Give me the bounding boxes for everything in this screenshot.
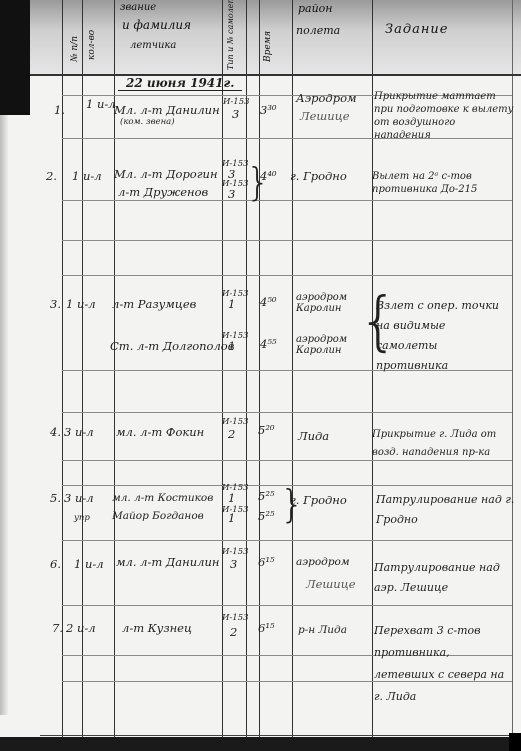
row-rule <box>62 605 512 606</box>
aircraft-type: И-153 <box>222 418 249 427</box>
col-rule <box>246 0 247 737</box>
area-line: Лида <box>298 430 329 443</box>
aircraft-type: И-153 <box>223 98 250 107</box>
pilot-name: мл. л-т Фокин <box>116 426 204 439</box>
aircraft-number: 1 <box>228 340 235 353</box>
header-task: Задание <box>385 22 448 37</box>
scan-corner <box>509 733 521 751</box>
document-page: № п/п кол-во звание и фамилия летчика Ти… <box>0 0 521 751</box>
page-edge <box>0 115 8 715</box>
header-time: Время <box>263 31 273 62</box>
row-rule <box>62 240 512 241</box>
header-aircraft: Тип и № самолета <box>226 0 235 70</box>
pilot-name: л-т Разумцев <box>112 298 196 311</box>
aircraft-number: 1 <box>228 298 235 311</box>
aircraft-number: 2 <box>230 626 237 639</box>
row-rule <box>62 540 512 541</box>
row-number: 5. <box>50 492 61 505</box>
row-group: 1 и-л <box>86 98 116 111</box>
row-rule <box>62 275 512 276</box>
row-group: 2 и-л <box>66 622 96 635</box>
row-group-note: упр <box>74 514 90 523</box>
takeoff-time: 5²⁰ <box>258 424 275 437</box>
aircraft-number: 2 <box>228 428 235 441</box>
pilot-name: Ст. л-т Долгополов <box>110 340 234 353</box>
takeoff-time: 5²⁵ <box>258 490 275 503</box>
header-group: кол-во <box>87 30 97 60</box>
area-line: Аэродром <box>296 92 357 105</box>
aircraft-number: 3 <box>230 558 237 571</box>
date-heading: 22 июня 1941г. <box>118 76 242 91</box>
header-pilot-2: и фамилия <box>122 18 191 32</box>
header-band <box>30 0 521 75</box>
header-rule <box>30 74 521 76</box>
header-area-1: район <box>298 2 333 15</box>
row-group: 1 и-л <box>66 298 96 311</box>
row-number: 4. <box>50 426 61 439</box>
aircraft-number: 1 <box>228 492 235 505</box>
pilot-note: (ком. звена) <box>120 118 175 127</box>
scan-bottom-edge <box>0 737 521 751</box>
pilot-name: Майор Богданов <box>112 510 204 523</box>
col-rule <box>292 0 293 737</box>
task-text: Патрулирование над г. Гродно <box>376 490 516 530</box>
pilot-name: Мл. л-т Дорогин <box>114 168 218 181</box>
header-number: № п/п <box>70 36 80 62</box>
pilot-name: мл. л-т Костиков <box>112 492 213 505</box>
row-rule <box>62 200 512 201</box>
takeoff-time: 5²⁵ <box>258 510 275 523</box>
task-text: Перехват 3 с-тов противника, летевших с … <box>374 620 506 708</box>
area-line: г. Гродно <box>290 170 347 183</box>
pilot-name: л-т Кузнец <box>122 622 192 635</box>
header-pilot-1: звание <box>120 2 156 13</box>
area-line: аэродром <box>296 556 350 569</box>
takeoff-time: 3³⁰ <box>260 104 277 117</box>
area-line: р-н Лида <box>298 624 347 637</box>
row-rule <box>40 735 510 736</box>
header-area-2: полета <box>296 24 340 37</box>
row-group: 3 и-л <box>64 426 94 439</box>
takeoff-time: 4⁴⁰ <box>260 170 277 183</box>
pilot-name: л-т Друженов <box>118 186 208 199</box>
aircraft-type: И-153 <box>222 614 249 623</box>
takeoff-time: 6¹⁵ <box>258 622 275 635</box>
task-text: Вылет на 2ᵃ с-тов противника До-215 <box>372 170 512 196</box>
pilot-name: мл. л-т Данилин <box>116 556 219 569</box>
aircraft-type: И-153 <box>222 548 249 557</box>
binding-shadow <box>0 0 30 115</box>
aircraft-number: 3 <box>228 188 235 201</box>
row-group: 1 и-л <box>72 170 102 183</box>
aircraft-number: 1 <box>228 512 235 525</box>
col-rule <box>222 0 223 737</box>
area-line: аэродром Каролин <box>296 292 358 314</box>
row-number: 1. <box>54 104 65 117</box>
row-rule <box>62 412 512 413</box>
area-line: аэродром Каролин <box>296 334 358 356</box>
row-group: 1 и-л <box>74 558 104 571</box>
area-line: г. Гродно <box>290 494 347 507</box>
task-text: Прикрытие г. Лида от возд. нападения пр-… <box>372 426 512 462</box>
row-number: 2. <box>46 170 57 183</box>
pilot-name: Мл. л-т Данилин <box>114 104 220 117</box>
aircraft-number: 3 <box>232 108 239 121</box>
takeoff-time: 4⁵⁰ <box>260 296 277 309</box>
area-line: Лешице <box>306 578 356 591</box>
takeoff-time: 6¹⁵ <box>258 556 275 569</box>
row-number: 3. <box>50 298 61 311</box>
row-number: 7. <box>52 622 63 635</box>
task-text: Патрулирование над аэр. Лешице <box>374 558 504 598</box>
area-line: Лешице <box>300 110 350 123</box>
task-text: Взлет с опер. точки на видимые самолеты … <box>376 296 510 376</box>
header-pilot-3: летчика <box>130 40 176 51</box>
row-number: 6. <box>50 558 61 571</box>
row-group: 3 и-л <box>64 492 94 505</box>
task-text: Прикрытие маттает при подготовке к вылет… <box>374 90 514 142</box>
takeoff-time: 4⁵⁵ <box>260 338 277 351</box>
